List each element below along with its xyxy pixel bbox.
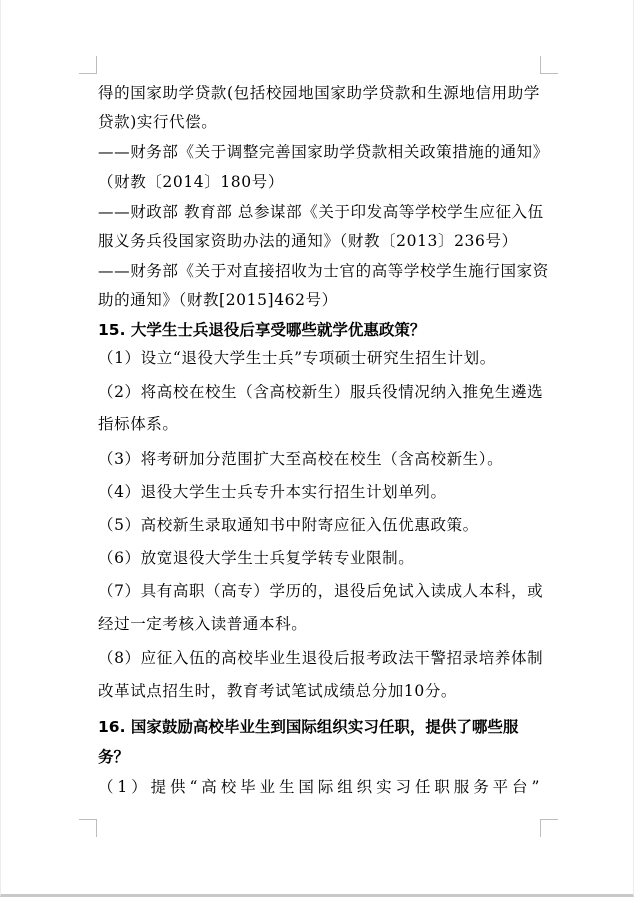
section-heading-continuation: 务？ [98, 746, 540, 768]
list-item: （3）将考研加分范围扩大至高校在校生（含高校新生）。 [98, 448, 540, 470]
list-item: （4）退役大学生士兵专升本实行招生计划单列。 [98, 481, 540, 503]
citation-line: （财教〔2014〕180号） [98, 171, 540, 193]
citation-line: ——财政部 教育部 总参谋部《关于印发高等学校学生应征入伍 [98, 201, 540, 223]
paragraph-line: 贷款)实行代偿。 [98, 111, 540, 133]
list-item: （1）设立“退役大学生士兵”专项硕士研究生招生计划。 [98, 347, 540, 369]
margin-corner-mark-bottom-right [540, 819, 558, 837]
list-item: （7）具有高职（高专）学历的，退役后免试入读成人本科，或 [98, 580, 540, 602]
margin-corner-mark-top-right [540, 56, 558, 74]
section-heading: 16. 国家鼓励高校毕业生到国际组织实习任职，提供了哪些服 [98, 716, 540, 738]
margin-corner-mark-bottom-left [79, 819, 97, 837]
section-heading: 15. 大学生士兵退役后享受哪些就学优惠政策？ [98, 319, 540, 341]
list-item: （1）提供“高校毕业生国际组织实习任职服务平台” [98, 776, 540, 798]
list-item: （2）将高校在校生（含高校新生）服兵役情况纳入推免生遴选 [98, 381, 540, 403]
paragraph-line: 得的国家助学贷款(包括校园地国家助学贷款和生源地信用助学 [98, 82, 540, 104]
citation-line: ——财务部《关于调整完善国家助学贷款相关政策措施的通知》 [98, 141, 540, 163]
list-item: （5）高校新生录取通知书中附寄应征入伍优惠政策。 [98, 514, 540, 536]
citation-line: 服义务兵役国家资助办法的通知》（财教〔2013〕236号） [98, 230, 540, 252]
margin-corner-mark-top-left [79, 56, 97, 74]
list-item: （8）应征入伍的高校毕业生退役后报考政法干警招录培养体制 [98, 647, 540, 669]
list-item-continuation: 经过一定考核入读普通本科。 [98, 613, 540, 635]
document-page: 得的国家助学贷款(包括校园地国家助学贷款和生源地信用助学 贷款)实行代偿。 ——… [0, 0, 634, 897]
citation-line: 助的通知》（财教[2015]462号） [98, 289, 540, 311]
list-item-continuation: 指标体系。 [98, 413, 540, 435]
list-item-continuation: 改革试点招生时，教育考试笔试成绩总分加10分。 [98, 680, 540, 702]
citation-line: ——财务部《关于对直接招收为士官的高等学校学生施行国家资 [98, 260, 540, 282]
list-item: （6）放宽退役大学生士兵复学转专业限制。 [98, 547, 540, 569]
